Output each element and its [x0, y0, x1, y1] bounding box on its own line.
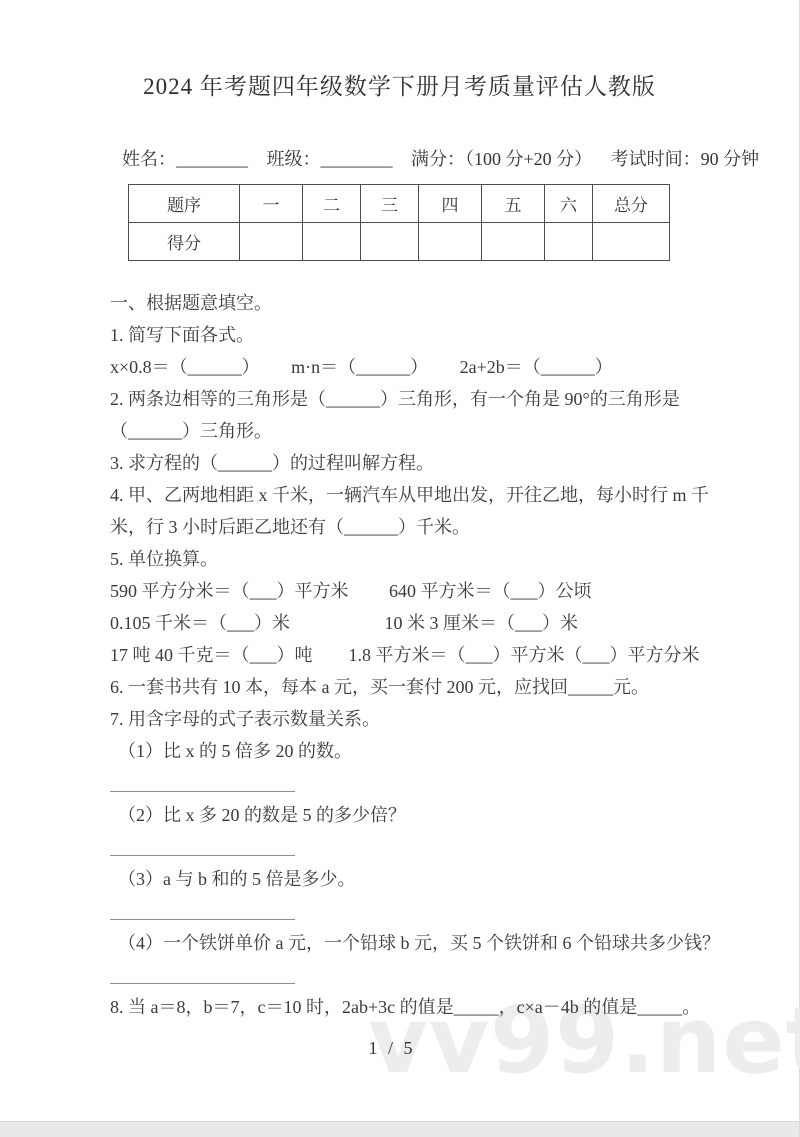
q7-label: 7. 用含字母的式子表示数量关系。 [110, 703, 719, 735]
name-field: 姓名：________ [122, 149, 248, 169]
q7-sub1: （1）比 x 的 5 倍多 20 的数。 [110, 735, 719, 767]
q7-sub4-answer-line [110, 959, 719, 991]
q8: 8. 当 a＝8，b＝7，c＝10 时，2ab+3c 的值是_____，c×a－… [110, 991, 719, 1023]
col-section-5: 五 [482, 185, 545, 223]
q7-sub1-answer-line [110, 767, 719, 799]
q4-line2: 米，行 3 小时后距乙地还有（______）千米。 [110, 511, 719, 543]
student-info-line: 姓名：________ 班级：________ 满分：（100 分+20 分） … [122, 145, 799, 171]
q5-unit-line1: 590 平方分米＝（___）平方米 640 平方米＝（___）公顷 [110, 575, 719, 607]
page-title: 2024 年考题四年级数学下册月考质量评估人教版 [0, 0, 799, 101]
col-total: 总分 [593, 185, 670, 223]
q7-sub2-answer-line [110, 831, 719, 863]
document-page: vv99.net 2024 年考题四年级数学下册月考质量评估人教版 姓名：___… [0, 0, 800, 1137]
q7-sub3-answer-line [110, 895, 719, 927]
exam-time-label: 考试时间：90 分钟 [611, 149, 760, 169]
question-body: 一、根据题意填空。 1. 简写下面各式。 x×0.8＝（______） m·n＝… [110, 287, 719, 1023]
score-cell [361, 223, 419, 261]
col-section-6: 六 [545, 185, 593, 223]
answer-blank-line [110, 767, 295, 792]
col-section-4: 四 [419, 185, 482, 223]
q7-sub2: （2）比 x 多 20 的数是 5 的多少倍？ [110, 799, 719, 831]
score-cell [482, 223, 545, 261]
col-section-2: 二 [303, 185, 361, 223]
q5-unit-line3: 17 吨 40 千克＝（___）吨 1.8 平方米＝（___）平方米（___）平… [110, 639, 719, 671]
q7-sub3: （3）a 与 b 和的 5 倍是多少。 [110, 863, 719, 895]
score-cell [303, 223, 361, 261]
col-section-3: 三 [361, 185, 419, 223]
answer-blank-line [110, 895, 295, 920]
q2-line1: 2. 两条边相等的三角形是（______）三角形，有一个角是 90°的三角形是 [110, 383, 719, 415]
score-table-score-row: 得分 [129, 223, 670, 261]
score-table: 题序 一 二 三 四 五 六 总分 得分 [128, 184, 670, 261]
col-section-1: 一 [240, 185, 303, 223]
score-table-header-row: 题序 一 二 三 四 五 六 总分 [129, 185, 670, 223]
q2-line2: （______）三角形。 [110, 415, 719, 447]
q1-label: 1. 简写下面各式。 [110, 319, 719, 351]
col-question-order: 题序 [129, 185, 240, 223]
score-cell [419, 223, 482, 261]
answer-blank-line [110, 831, 295, 856]
q1-formulas: x×0.8＝（______） m·n＝（______） 2a+2b＝（_____… [110, 351, 719, 383]
class-field: 班级：________ [267, 149, 393, 169]
full-score-label: 满分：（100 分+20 分） [411, 149, 592, 169]
viewer-footer-band [0, 1121, 799, 1137]
q6: 6. 一套书共有 10 本，每本 a 元，买一套付 200 元，应找回_____… [110, 671, 719, 703]
answer-blank-line [110, 959, 295, 984]
score-cell [545, 223, 593, 261]
score-cell [240, 223, 303, 261]
page-content: 2024 年考题四年级数学下册月考质量评估人教版 姓名：________ 班级：… [0, 0, 799, 1023]
score-cell [593, 223, 670, 261]
page-number: 1 / 5 [0, 1038, 784, 1059]
q4-line1: 4. 甲、乙两地相距 x 千米，一辆汽车从甲地出发，开往乙地，每小时行 m 千 [110, 479, 719, 511]
row-label-score: 得分 [129, 223, 240, 261]
q5-unit-line2: 0.105 千米＝（___）米 10 米 3 厘米＝（___）米 [110, 607, 719, 639]
q3: 3. 求方程的（______）的过程叫解方程。 [110, 447, 719, 479]
q5-label: 5. 单位换算。 [110, 543, 719, 575]
section1-heading: 一、根据题意填空。 [110, 287, 719, 319]
q7-sub4: （4）一个铁饼单价 a 元，一个铅球 b 元，买 5 个铁饼和 6 个铅球共多少… [110, 927, 719, 959]
